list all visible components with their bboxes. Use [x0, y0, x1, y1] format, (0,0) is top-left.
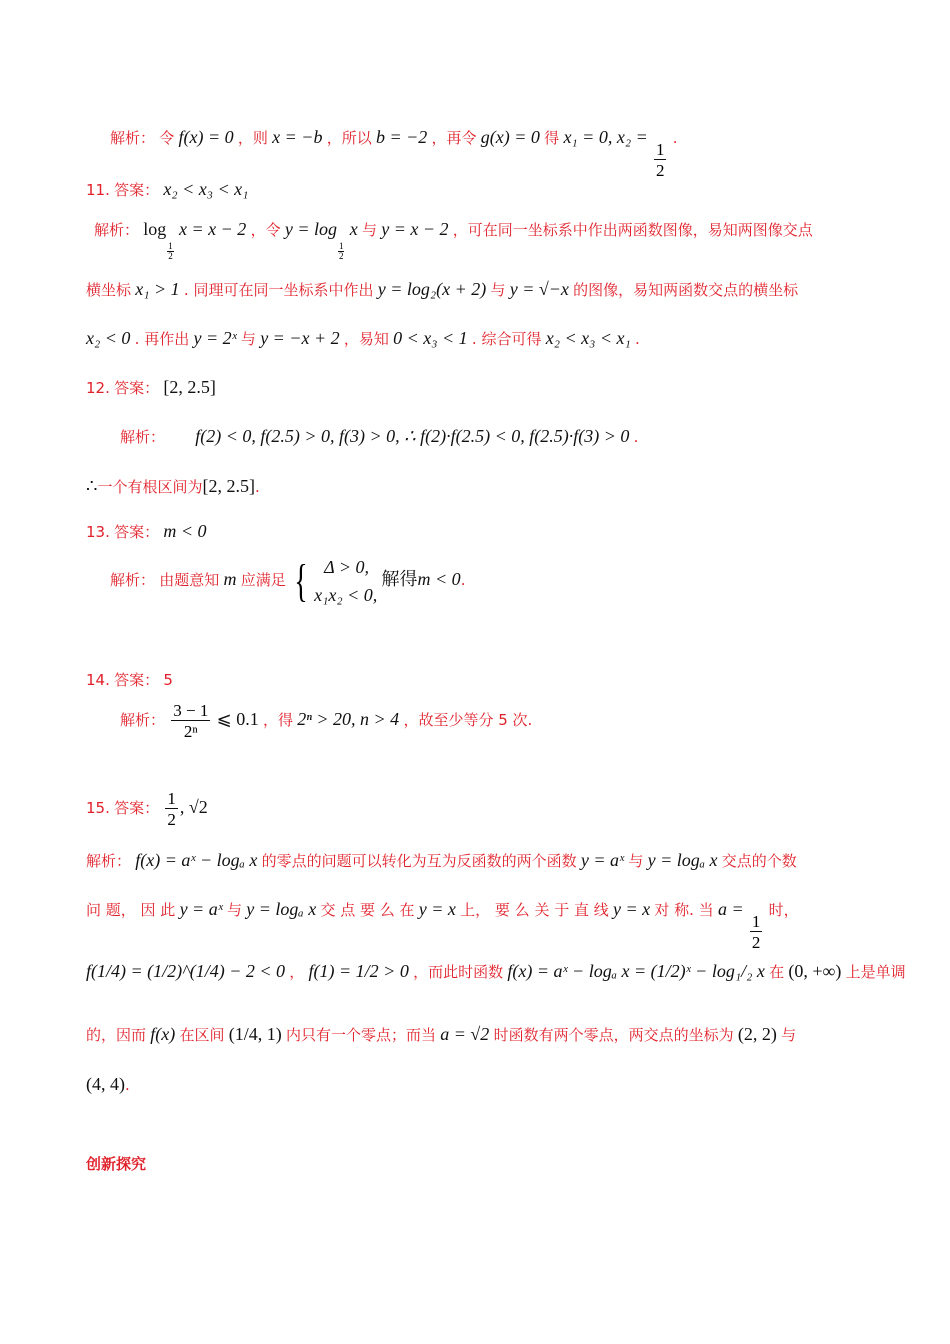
q13-analysis: 解析： 由题意知 m 应满足 { Δ > 0, x₁x₂ < 0, 解得m < … [110, 558, 465, 604]
log-base-fraction: 12 [338, 242, 345, 261]
section-heading: 创新探究 [86, 1157, 146, 1172]
q15-analysis-line2: 问 题， 因 此 y = aˣ 与 y = logₐ x 交 点 要 么 在 y… [86, 900, 799, 951]
analysis-label: 解析： [110, 129, 155, 147]
q11-answer: 11. 答案： x₂ < x₃ < x₁ [86, 180, 248, 198]
fraction: 3 − 1 2ⁿ [171, 702, 210, 740]
question-number: 13. [86, 523, 110, 541]
analysis-label: 解析： [86, 852, 131, 870]
q12-analysis: 解析： f(2) < 0, f(2.5) > 0, f(3) > 0, ∴ f(… [120, 427, 638, 445]
inequality-system: { Δ > 0, x₁x₂ < 0, [290, 558, 377, 604]
q11-analysis-line1: 解析： log12 x = x − 2 ，令 y = log12 x 与 y =… [94, 220, 813, 261]
fraction: 1 2 [165, 790, 178, 828]
q14-answer: 14. 答案： 5 [86, 671, 173, 688]
q15-answer: 15. 答案： 1 2 , √2 [86, 790, 208, 828]
answer-value: [2, 2.5] [163, 377, 216, 397]
left-brace: { [294, 558, 307, 604]
q15-analysis-line1: 解析： f(x) = aˣ − logₐ x 的零点的问题可以转化为互为反函数的… [86, 851, 797, 869]
q12-answer: 12. 答案： [2, 2.5] [86, 378, 216, 396]
answer-label: 答案： [114, 379, 159, 397]
q15-analysis-line4: 的，因而 f(x) 在区间 (1/4, 1) 内只有一个零点；而当 a = √2… [86, 1025, 796, 1043]
answer-value: 5 [163, 671, 173, 689]
q11-analysis-line2: 横坐标 x₁ > 1 . 同理可在同一坐标系中作出 y = log₂(x + 2… [86, 280, 798, 298]
q10-analysis: 解析： 令 f(x) = 0 ，则 x = −b ，所以 b = −2 ，再令 … [110, 128, 678, 179]
q11-analysis-line3: x₂ < 0 . 再作出 y = 2ˣ 与 y = −x + 2 ，易知 0 <… [86, 329, 640, 347]
fraction: 1 2 [750, 913, 763, 951]
q15-analysis-line3: f(1/4) = (1/2)^(1/4) − 2 < 0 ， f(1) = 1/… [86, 962, 906, 980]
answer-label: 答案： [114, 181, 159, 199]
q13-answer: 13. 答案： m < 0 [86, 522, 207, 540]
analysis-label: 解析： [110, 571, 155, 589]
analysis-label: 解析： [120, 428, 165, 446]
answer-value: m < 0 [163, 521, 206, 541]
question-number: 14. [86, 671, 110, 689]
log-base-fraction: 12 [167, 242, 174, 261]
answer-label: 答案： [114, 523, 159, 541]
answer-value: x₂ < x₃ < x₁ [163, 179, 248, 199]
q12-conclusion: ∴一个有根区间为[2, 2.5]. [86, 477, 260, 495]
question-number: 15. [86, 799, 110, 817]
answer-label: 答案： [114, 799, 159, 817]
q15-analysis-line5: (4, 4). [86, 1075, 130, 1093]
analysis-label: 解析： [94, 221, 139, 239]
fraction: 1 2 [654, 141, 667, 179]
analysis-label: 解析： [120, 711, 165, 729]
question-number: 11. [86, 181, 110, 199]
answer-label: 答案： [114, 671, 159, 689]
question-number: 12. [86, 379, 110, 397]
q14-analysis: 解析： 3 − 1 2ⁿ ⩽ 0.1 ，得 2ⁿ > 20, n > 4 ，故至… [120, 702, 532, 740]
